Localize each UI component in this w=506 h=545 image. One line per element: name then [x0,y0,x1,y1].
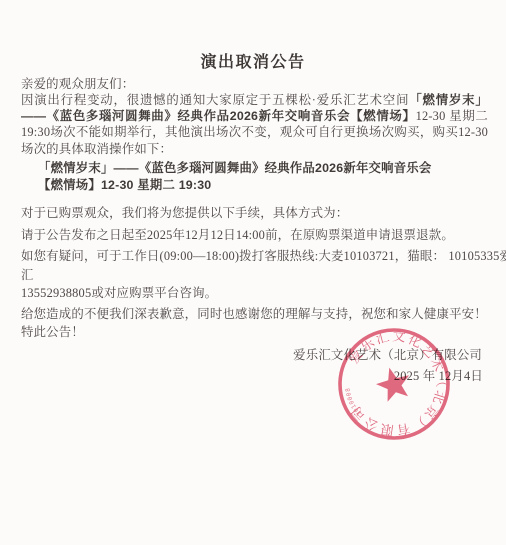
refund-instruction: 请于公告发布之日起至2025年12月12日14:00前，在原购票渠道申请退票退款… [21,227,454,243]
seal-code-digits: 1010008858 [334,324,363,417]
hotline-line-1: 如您有疑问，可于工作日(09:00—18:00)拨打客服热线:大麦1010372… [21,248,506,264]
closing-line: 特此公告！ [21,324,84,340]
company-signature: 爱乐汇文化艺术（北京）有限公司 [293,347,482,363]
intro-paragraph-pre: 因演出行程变动，很遗憾的通知大家原定于五棵松·爱乐汇艺术空间 [21,93,409,107]
salutation: 亲爱的观众朋友们： [21,76,134,92]
signature-date: 2025 年 12月4日 [394,368,483,384]
hotline-phone-line: 13552938805或对应购票平台咨询。 [21,285,217,301]
hotline-line-2: 汇 [21,267,34,283]
announcement-document: 演出取消公告 亲爱的观众朋友们： 因演出行程变动，很遗憾的通知大家原定于五棵松·… [0,0,506,545]
page-title: 演出取消公告 [0,49,506,72]
intro-paragraph: 因演出行程变动，很遗憾的通知大家原定于五棵松·爱乐汇艺术空间「燃情岁末」——《蓝… [21,92,488,157]
procedure-intro: 对于已购票观众，我们将为您提供以下手续，具体方式为： [21,205,348,221]
apology-line: 给您造成的不便我们深表歉意，同时也感谢您的理解与支持，祝您和家人健康平安！ [21,306,487,322]
event-title-line: 「燃情岁末」——《蓝色多瑙河圆舞曲》经典作品2026新年交响音乐会 [38,160,432,176]
event-session-line: 【燃情场】12-30 星期二 19:30 [38,177,211,193]
